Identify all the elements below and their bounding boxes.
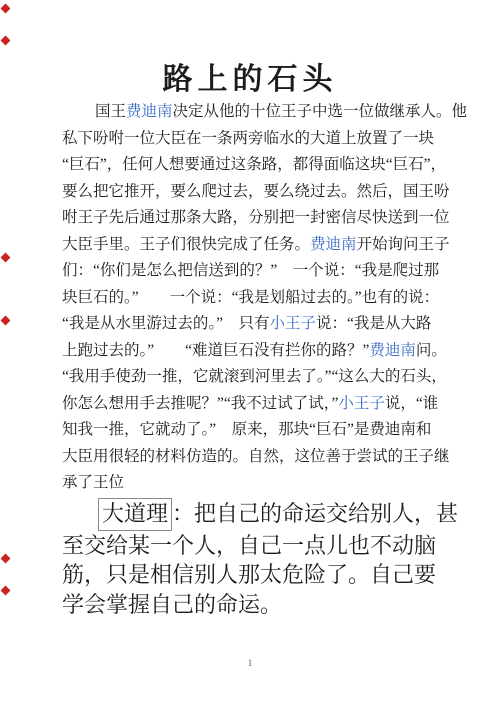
red-margin-mark-icon — [1, 4, 11, 14]
story-text: 说，“谁 — [385, 395, 438, 412]
story-line: 知我一推，它就动了。” 原来，那块“巨石”是费迪南和 — [62, 417, 440, 444]
story-line: 上跑过去的。” “难道巨石没有拦你的路？”费迪南问。 — [62, 338, 440, 365]
story-line: 承了王位 — [62, 470, 440, 497]
story-text: 大臣用很轻的材料仿造的。自然，这位善于尝试的王子继 — [62, 448, 450, 465]
story-paragraph: 国王费迪南决定从他的十位王子中选一位做继承人。他私下吩咐一位大臣在一条两旁临水的… — [62, 99, 440, 497]
story-text: 承了王位 — [62, 474, 124, 491]
story-text: 决定从他的十位王子中选一位做继承人。他 — [173, 103, 468, 120]
story-text: “巨石”，任何人想要通过这条路，都得面临这块“巨石”， — [62, 156, 446, 173]
moral-paragraph: 大道理：把自己的命运交给别人，甚至交给某一个人，自己一点儿也不动脑筋，只是相信别… — [62, 498, 462, 619]
moral-label-box: 大道理 — [98, 498, 172, 531]
story-line: 私下吩咐一位大臣在一条两旁临水的大道上放置了一块 — [62, 126, 440, 153]
story-line: 大臣手里。王子们很快完成了任务。费迪南开始询问王子 — [62, 232, 440, 259]
red-margin-mark-icon — [1, 36, 11, 46]
story-line: 国王费迪南决定从他的十位王子中选一位做继承人。他 — [62, 99, 440, 126]
moral-line: 至交给某一个人，自己一点儿也不动脑 — [62, 531, 462, 561]
red-margin-mark-icon — [1, 554, 11, 564]
highlighted-name: 小王子 — [338, 395, 385, 412]
story-text: 私下吩咐一位大臣在一条两旁临水的大道上放置了一块 — [62, 130, 434, 147]
red-margin-mark-icon — [1, 586, 11, 596]
story-text: 知我一推，它就动了。” 原来，那块“巨石”是费迪南和 — [62, 421, 431, 438]
highlighted-name: 费迪南 — [126, 103, 173, 120]
story-text: 国王 — [95, 103, 126, 120]
highlighted-name: 费迪南 — [310, 236, 357, 253]
story-text: 咐王子先后通过那条大路，分别把一封密信尽快送到一位 — [62, 209, 450, 226]
story-text: 要么把它推开，要么爬过去，要么绕过去。然后，国王吩 — [62, 183, 450, 200]
story-text: “我用手使劲一推，它就滚到河里去了。”“这么大的石头， — [62, 368, 447, 385]
moral-text: ：把自己的命运交给别人，甚 — [172, 501, 458, 526]
story-line: “我是从水里游过去的。” 只有小王子说：“我是从大路 — [62, 311, 440, 338]
red-margin-mark-icon — [1, 253, 11, 263]
red-margin-mark-icon — [1, 316, 11, 326]
highlighted-name: 费迪南 — [369, 342, 416, 359]
story-line: “巨石”，任何人想要通过这条路，都得面临这块“巨石”， — [62, 152, 440, 179]
story-text: 开始询问王子 — [357, 236, 450, 253]
story-text: 们：“你们是怎么把信送到的？” 一个说：“我是爬过那 — [62, 262, 439, 279]
story-line: 咐王子先后通过那条大路，分别把一封密信尽快送到一位 — [62, 205, 440, 232]
story-line: 大臣用很轻的材料仿造的。自然，这位善于尝试的王子继 — [62, 444, 440, 471]
story-line: “我用手使劲一推，它就滚到河里去了。”“这么大的石头， — [62, 364, 440, 391]
moral-line: 大道理：把自己的命运交给别人，甚 — [62, 498, 462, 531]
page-number: 1 — [0, 658, 500, 668]
document-page: 路上的石头 国王费迪南决定从他的十位王子中选一位做继承人。他私下吩咐一位大臣在一… — [0, 0, 500, 708]
page-title: 路上的石头 — [0, 54, 500, 98]
moral-line: 筋，只是相信别人那太危险了。自己要 — [62, 560, 462, 590]
story-text: 上跑过去的。” “难道巨石没有拦你的路？” — [62, 342, 369, 359]
story-line: 块巨石的。” 一个说：“我是划船过去的。”也有的说： — [62, 285, 440, 312]
story-text: 大臣手里。王子们很快完成了任务。 — [62, 236, 310, 253]
story-line: 你怎么想用手去推呢？”“我不过试了试，”小王子说，“谁 — [62, 391, 440, 418]
story-text: “我是从水里游过去的。” 只有 — [62, 315, 270, 332]
story-text: 你怎么想用手去推呢？”“我不过试了试，” — [62, 395, 338, 412]
story-text: 说：“我是从大路 — [316, 315, 431, 332]
story-line: 要么把它推开，要么爬过去，要么绕过去。然后，国王吩 — [62, 179, 440, 206]
moral-line: 学会掌握自己的命运。 — [62, 590, 462, 620]
story-line: 们：“你们是怎么把信送到的？” 一个说：“我是爬过那 — [62, 258, 440, 285]
story-text: 块巨石的。” 一个说：“我是划船过去的。”也有的说： — [62, 289, 439, 306]
highlighted-name: 小王子 — [270, 315, 317, 332]
story-text: 问。 — [416, 342, 447, 359]
